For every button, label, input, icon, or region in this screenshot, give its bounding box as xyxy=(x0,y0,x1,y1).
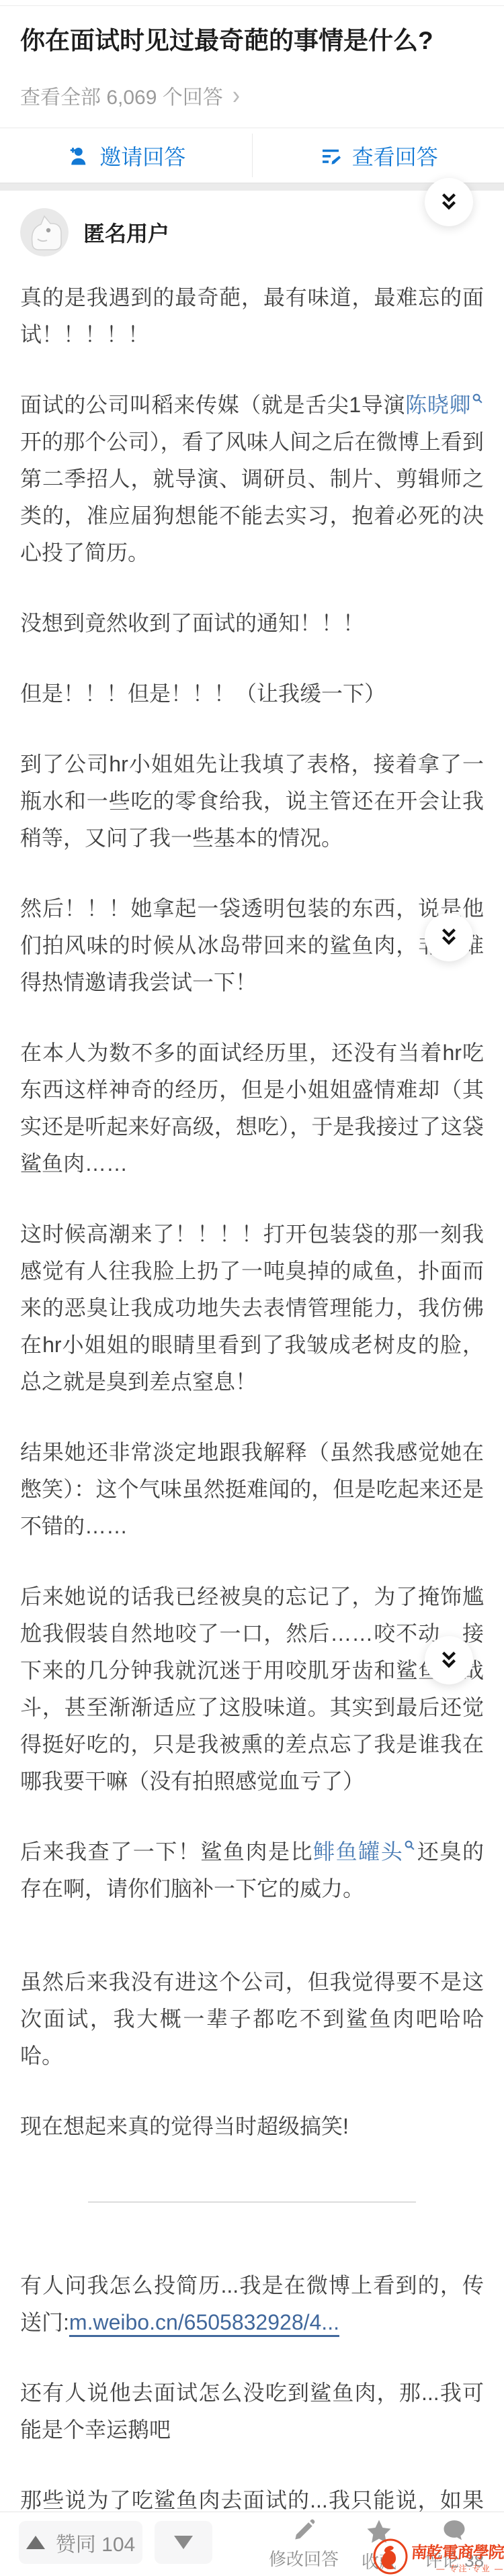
answer-paragraph: 但是！！！但是！！！（让我缓一下） xyxy=(20,675,484,712)
answer-paragraph: 面试的公司叫稻来传媒（就是舌尖1导演陈晓卿开的那个公司），看了风味人间之后在微博… xyxy=(20,387,484,571)
answer-body: 真的是我遇到的最奇葩，最有味道，最难忘的面试！！！！！面试的公司叫稻来传媒（就是… xyxy=(20,279,484,2556)
search-icon xyxy=(404,1840,415,1851)
weibo-link[interactable]: m.weibo.cn/6505832928/4... xyxy=(69,2310,339,2334)
view-answers-button[interactable]: 查看回答 xyxy=(253,128,504,183)
invite-answer-label: 邀请回答 xyxy=(99,140,185,171)
double-chevron-down-icon xyxy=(437,1649,460,1672)
text-segment: 面试的公司叫稻来传媒（就是舌尖1导演 xyxy=(20,393,405,417)
edit-answer-button[interactable]: 修改回答 xyxy=(266,2518,341,2573)
entity-link[interactable]: 陈晓卿 xyxy=(405,393,471,417)
search-icon xyxy=(472,393,483,404)
answer-paragraph: 虽然后来我没有进这个公司，但我觉得要不是这次面试，我大概一辈子都吃不到鲨鱼肉吧哈… xyxy=(20,1964,484,2074)
question-title: 你在面试时见过最奇葩的事情是什么? xyxy=(0,20,504,56)
anonymous-avatar-icon xyxy=(20,208,69,256)
star-icon xyxy=(364,2518,394,2546)
write-answer-icon xyxy=(319,144,343,168)
downvote-button[interactable] xyxy=(155,2521,212,2564)
upvote-button[interactable]: 赞同 104 xyxy=(19,2521,142,2564)
vote-group: 赞同 104 xyxy=(19,2521,212,2564)
text-segment: 还有人说他去面试怎么没吃到鲨鱼肉，那...我可能是个幸运鹅吧 xyxy=(20,2381,484,2442)
text-segment: 后来她说的话我已经被臭的忘记了，为了掩饰尴尬我假装自然地咬了一口，然后……咬不动… xyxy=(20,1584,484,1793)
answer-paragraph: 到了公司hr小姐姐先让我填了表格，接着拿了一瓶水和一些吃的零食给我，说主管还在开… xyxy=(20,746,484,857)
upvote-label: 赞同 104 xyxy=(56,2528,135,2557)
answer-paragraph: 现在想起来真的觉得当时超级搞笑! xyxy=(20,2108,484,2145)
favorite-label: 收藏 xyxy=(362,2548,396,2573)
view-all-label: 查看全部 6,069 个回答 xyxy=(20,81,223,110)
comment-button[interactable]: 评论 38 xyxy=(417,2518,492,2573)
page: 你在面试时见过最奇葩的事情是什么? 查看全部 6,069 个回答 › 邀请回答 xyxy=(0,0,504,2576)
text-segment: 开的那个公司），看了风味人间之后在微博上看到第二季招人，就导演、调研员、制片、剪… xyxy=(20,430,484,565)
invite-answer-button[interactable]: 邀请回答 xyxy=(0,128,252,183)
answer-actions: 修改回答 收藏 评论 38 xyxy=(266,2518,492,2573)
view-answers-label: 查看回答 xyxy=(352,140,438,171)
answer-paragraph: 在本人为数不多的面试经历里，还没有当着hr吃东西这样神奇的经历，但是小姐姐盛情难… xyxy=(20,1035,484,1182)
view-all-answers-link[interactable]: 查看全部 6,069 个回答 › xyxy=(20,81,484,110)
double-chevron-down-icon xyxy=(437,191,460,213)
downvote-icon xyxy=(174,2536,193,2549)
text-segment: 虽然后来我没有进这个公司，但我觉得要不是这次面试，我大概一辈子都吃不到鲨鱼肉吧哈… xyxy=(20,1970,484,2068)
answer-paragraph: 结果她还非常淡定地跟我解释（虽然我感觉她在憋笑）：这个气味虽然挺难闻的，但是吃起… xyxy=(20,1434,484,1545)
answer-paragraph: 还有人说他去面试怎么没吃到鲨鱼肉，那...我可能是个幸运鹅吧 xyxy=(20,2375,484,2448)
answer-card: 匿名用户 真的是我遇到的最奇葩，最有味道，最难忘的面试！！！！！面试的公司叫稻来… xyxy=(0,191,504,2556)
text-segment: 现在想起来真的觉得当时超级搞笑! xyxy=(20,2114,349,2138)
collapse-answer-button[interactable] xyxy=(425,913,473,961)
comment-label: 评论 38 xyxy=(425,2547,484,2572)
collapse-answer-button[interactable] xyxy=(425,1636,473,1684)
author-row: 匿名用户 xyxy=(20,208,484,256)
favorite-button[interactable]: 收藏 xyxy=(341,2518,417,2573)
content-divider xyxy=(88,2201,416,2203)
text-segment: 到了公司hr小姐姐先让我填了表格，接着拿了一瓶水和一些吃的零食给我，说主管还在开… xyxy=(20,752,484,850)
answer-paragraph: 后来她说的话我已经被臭的忘记了，为了掩饰尴尬我假装自然地咬了一口，然后……咬不动… xyxy=(20,1578,484,1800)
edit-answer-label: 修改回答 xyxy=(269,2546,339,2571)
upvote-icon xyxy=(26,2536,45,2549)
pencil-icon xyxy=(291,2518,317,2543)
answer-paragraph: 没想到竟然收到了面试的通知！！！ xyxy=(20,605,484,642)
text-segment: 但是！！！但是！！！（让我缓一下） xyxy=(20,681,386,706)
question-card: 你在面试时见过最奇葩的事情是什么? 查看全部 6,069 个回答 › 邀请回答 xyxy=(0,0,504,183)
double-chevron-down-icon xyxy=(437,926,460,949)
avatar[interactable] xyxy=(20,208,69,256)
text-segment: 然后！！！她拿起一袋透明包装的东西，说是他们拍风味的时候从冰岛带回来的鲨鱼肉，非… xyxy=(20,896,484,994)
answer-paragraph: 后来我查了一下！鲨鱼肉是比鲱鱼罐头还臭的存在啊，请你们脑补一下它的威力。 xyxy=(20,1833,484,1907)
answer-paragraph: 有人问我怎么投简历...我是在微博上看到的，传送门:m.weibo.cn/650… xyxy=(20,2267,484,2341)
entity-link[interactable]: 鲱鱼罐头 xyxy=(313,1840,403,1864)
text-segment: 在本人为数不多的面试经历里，还没有当着hr吃东西这样神奇的经历，但是小姐姐盛情难… xyxy=(20,1041,484,1176)
comment-icon xyxy=(440,2518,468,2544)
invite-user-icon xyxy=(66,144,90,168)
collapse-answer-button[interactable] xyxy=(425,178,473,226)
text-segment: 没想到竟然收到了面试的通知！！！ xyxy=(20,611,364,635)
answer-paragraph: 然后！！！她拿起一袋透明包装的东西，说是他们拍风味的时候从冰岛带回来的鲨鱼肉，非… xyxy=(20,890,484,1001)
answer-paragraph: 这时候高潮来了！！！！打开包装袋的那一刻我感觉有人往我脸上扔了一吨臭掉的咸鱼，扑… xyxy=(20,1216,484,1400)
text-segment: 这时候高潮来了！！！！打开包装袋的那一刻我感觉有人往我脸上扔了一吨臭掉的咸鱼，扑… xyxy=(20,1222,484,1394)
text-segment: 真的是我遇到的最奇葩，最有味道，最难忘的面试！！！！！ xyxy=(20,285,484,346)
chevron-right-icon: › xyxy=(233,81,240,111)
bottom-bar: 赞同 104 修改回答 收藏 xyxy=(0,2512,504,2576)
question-action-row: 邀请回答 查看回答 xyxy=(0,128,504,183)
author-name[interactable]: 匿名用户 xyxy=(83,217,169,248)
text-segment: 结果她还非常淡定地跟我解释（虽然我感觉她在憋笑）：这个气味虽然挺难闻的，但是吃起… xyxy=(20,1440,484,1538)
answer-paragraph: 真的是我遇到的最奇葩，最有味道，最难忘的面试！！！！！ xyxy=(20,279,484,353)
text-segment: 后来我查了一下！鲨鱼肉是比 xyxy=(20,1840,313,1864)
